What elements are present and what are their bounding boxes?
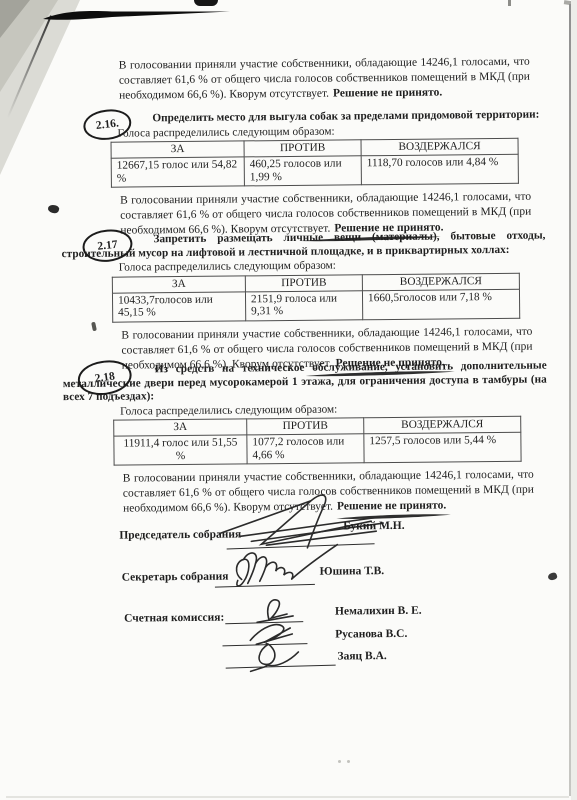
committee-label: Счетная комиссия: — [124, 612, 224, 625]
committee-name: Немалихин В. Е. — [335, 605, 422, 618]
committee-signature — [242, 638, 302, 675]
chairman-name: Букий М.Н. — [343, 520, 404, 533]
secretary-name: Юшина Т.В. — [320, 565, 385, 578]
scanned-document-page: В голосовании приняли участие собственни… — [0, 0, 577, 800]
signature-block: Председатель собрания Букий М.Н. Секрета… — [0, 0, 577, 800]
committee-name: Заяц В.А. — [337, 650, 386, 662]
document-content: В голосовании приняли участие собственни… — [0, 0, 577, 800]
secretary-label: Секретарь собрания — [122, 571, 229, 584]
committee-name: Русанова В.С. — [335, 628, 407, 641]
